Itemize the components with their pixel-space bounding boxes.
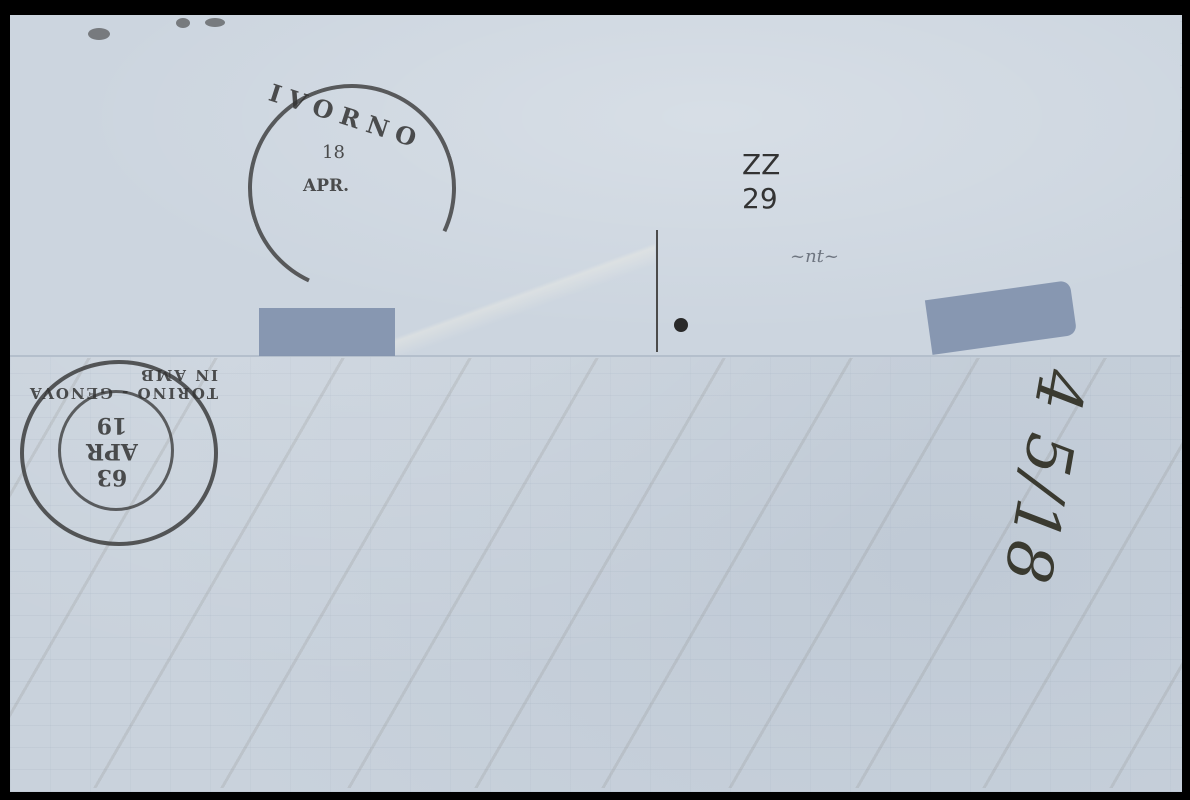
ink-spot xyxy=(674,318,688,332)
ink-smudge xyxy=(176,18,190,28)
pencil-notation: ZZ 29 xyxy=(742,148,780,216)
faint-scribble: ~nt~ xyxy=(790,246,839,267)
postmark-month: APR. xyxy=(303,176,349,196)
torino-postmark: 63 APR 19 TORINO - GENOVA IN AMB xyxy=(20,360,218,545)
postmark-arc xyxy=(219,55,486,322)
pencil-line-2: 29 xyxy=(742,182,780,216)
postmark-ring-text: TORINO - GENOVA IN AMB xyxy=(20,360,218,545)
ink-smudge xyxy=(205,18,225,27)
fold-crease xyxy=(656,230,658,352)
pencil-line-1: ZZ xyxy=(742,148,780,182)
stamp-hinge-left xyxy=(259,308,395,356)
postmark-day: 18 xyxy=(322,142,345,163)
ink-smudge xyxy=(88,28,110,40)
livorno-postmark: IVORNO 18 APR. xyxy=(248,84,458,294)
